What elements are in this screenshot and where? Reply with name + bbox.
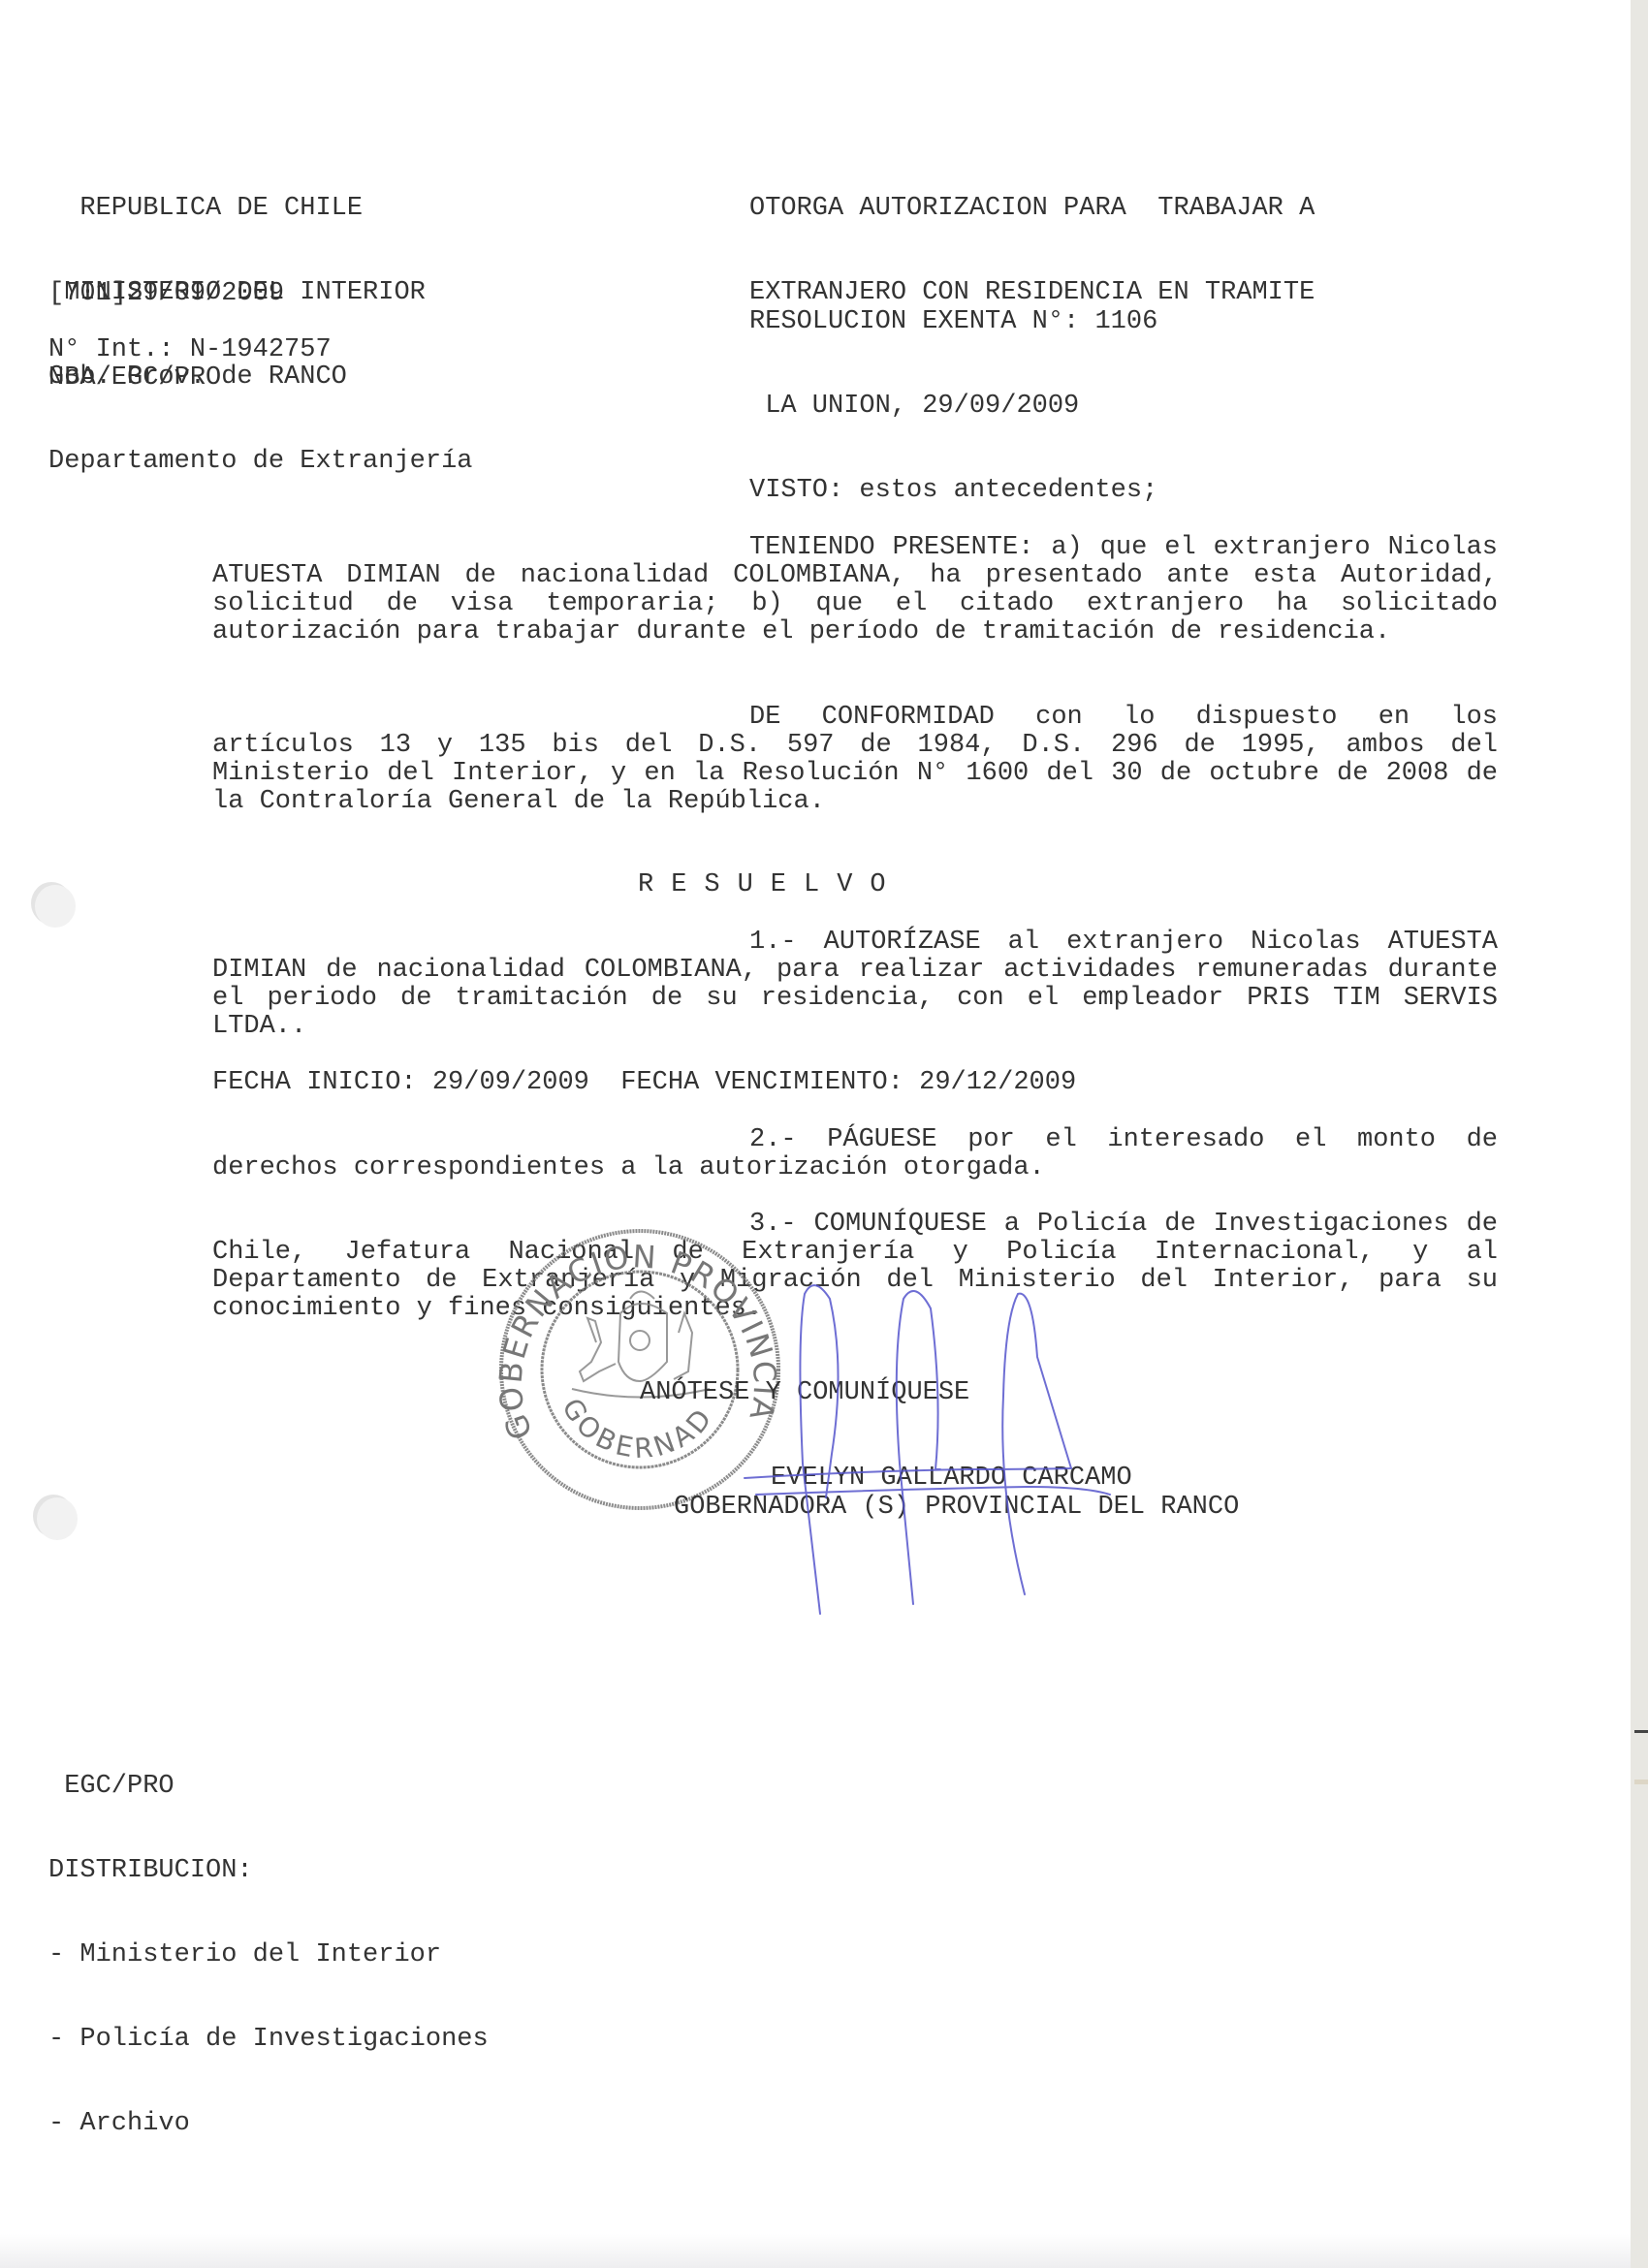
validity-dates: FECHA INICIO: 29/09/2009 FECHA VENCIMIEN…: [212, 1069, 1076, 1097]
paragraph-text: 2.- PÁGUESE por el interesado el monto d…: [212, 1125, 1498, 1182]
handwritten-signature: [737, 1279, 1241, 1628]
distribution-block: EGC/PRO DISTRIBUCION: - Ministerio del I…: [48, 1717, 489, 2166]
resolution-number: RESOLUCION EXENTA N°: 1106: [749, 308, 1157, 336]
paragraph-text: DE CONFORMIDAD con lo dispuesto en los a…: [212, 703, 1498, 816]
paragraph-text: 1.- AUTORÍZASE al extranjero Nicolas ATU…: [212, 928, 1498, 1041]
scan-bottom-shade: [0, 2234, 1631, 2268]
issuer-block: REPUBLICA DE CHILE MINISTERIO DEL INTERI…: [48, 139, 472, 504]
paragraph-text: TENIENDO PRESENTE: a) que el extranjero …: [212, 533, 1498, 646]
resuelvo-heading: RESUELVO: [638, 871, 903, 899]
de-conformidad-paragraph: DE CONFORMIDAD con lo dispuesto en los a…: [212, 704, 1498, 816]
scan-edge-mark: [1634, 1780, 1648, 1784]
item-1-paragraph: 1.- AUTORÍZASE al extranjero Nicolas ATU…: [212, 929, 1498, 1041]
issuer-line: REPUBLICA DE CHILE: [48, 195, 472, 223]
initials: NBA/EGC/PRO: [48, 364, 221, 393]
title-line: OTORGA AUTORIZACION PARA TRABAJAR A: [749, 195, 1315, 223]
issuer-line: Departamento de Extranjería: [48, 448, 472, 476]
distribution-initials: EGC/PRO: [48, 1773, 489, 1801]
punch-hole-icon: [37, 1497, 78, 1540]
internal-number: N° Int.: N-1942757: [48, 336, 332, 364]
visto-clause: VISTO: estos antecedentes;: [749, 477, 1157, 505]
place-date: LA UNION, 29/09/2009: [749, 393, 1079, 421]
distribution-item: - Policía de Investigaciones: [48, 2026, 489, 2054]
reference-number: [701]29/09/2009: [48, 280, 284, 308]
distribution-heading: DISTRIBUCION:: [48, 1857, 489, 1885]
distribution-item: - Ministerio del Interior: [48, 1941, 489, 1969]
title-line: EXTRANJERO CON RESIDENCIA EN TRAMITE: [749, 279, 1315, 307]
item-2-paragraph: 2.- PÁGUESE por el interesado el monto d…: [212, 1126, 1498, 1182]
scan-edge-mark: [1634, 1730, 1648, 1733]
scan-edge-strip: [1631, 0, 1648, 2268]
teniendo-presente-paragraph: TENIENDO PRESENTE: a) que el extranjero …: [212, 534, 1498, 646]
punch-hole-icon: [35, 885, 76, 928]
distribution-item: - Archivo: [48, 2110, 489, 2138]
document-title: OTORGA AUTORIZACION PARA TRABAJAR A EXTR…: [749, 139, 1315, 335]
